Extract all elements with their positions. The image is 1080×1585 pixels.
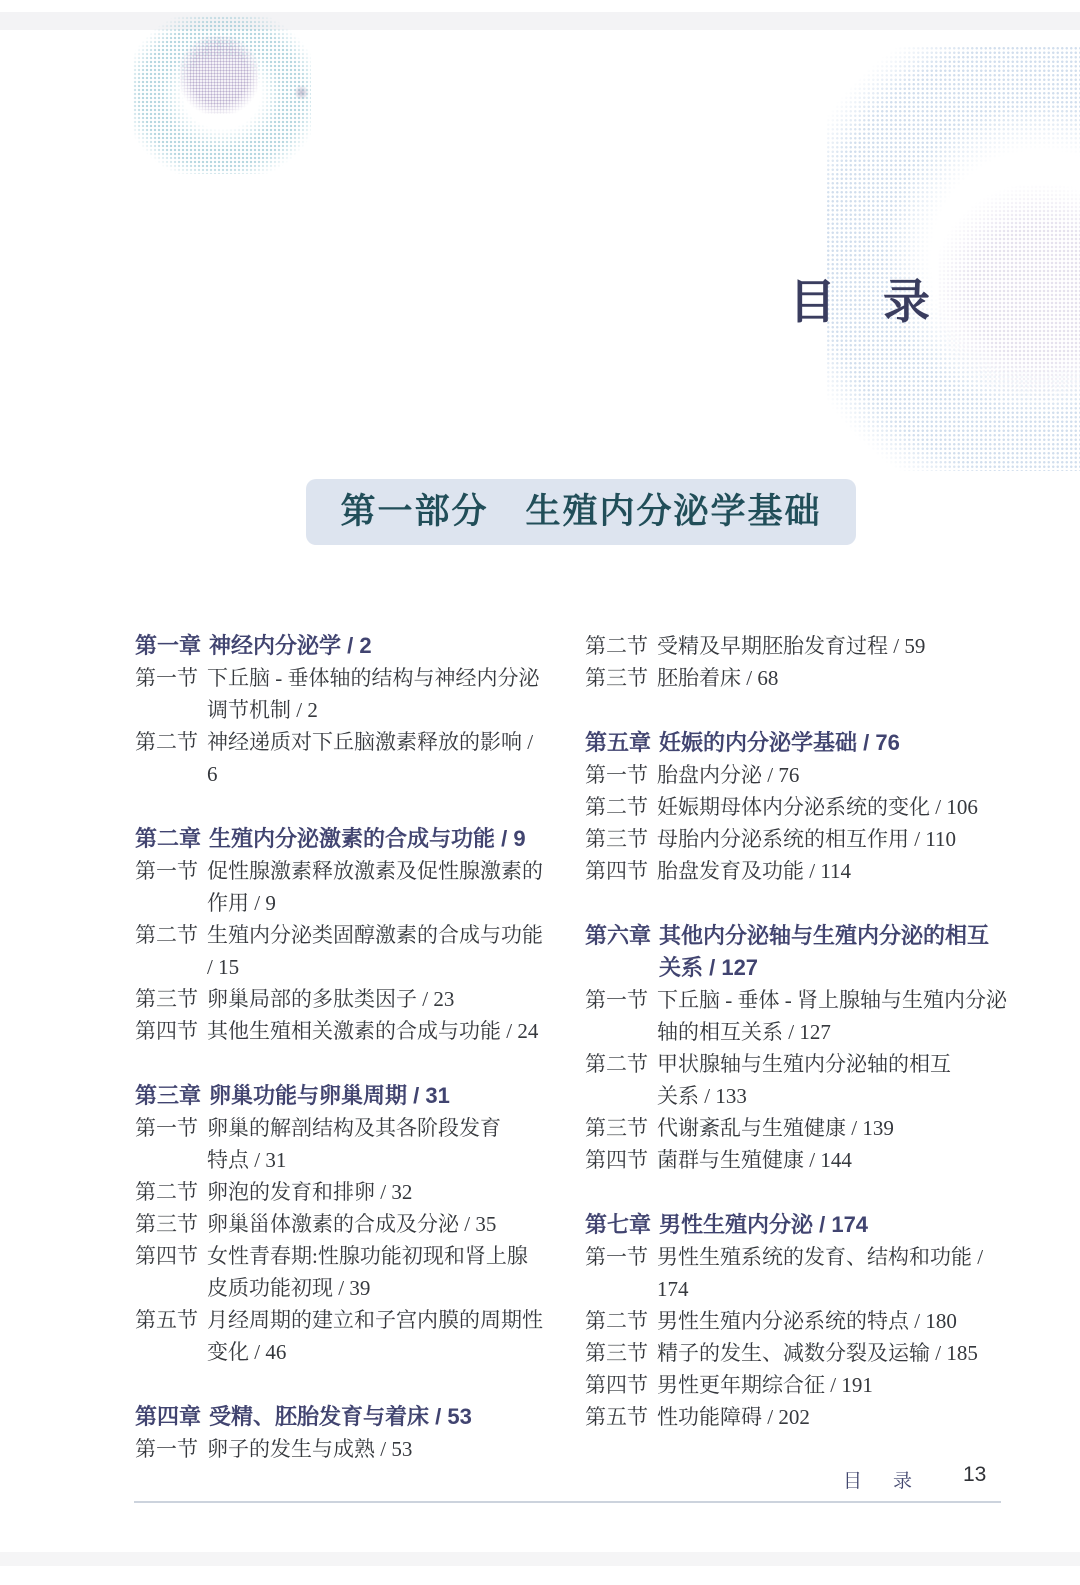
section-title: 母胎内分泌系统的相互作用 / 110 xyxy=(657,823,1011,855)
section-label: 第三节 xyxy=(585,662,657,694)
chapter-title: 男性生殖内分泌 / 174 xyxy=(659,1209,1011,1241)
chapter-heading: 第六章其他内分泌轴与生殖内分泌的相互 关系 / 127 xyxy=(585,920,1011,984)
section-label: 第三节 xyxy=(585,1337,657,1369)
section-item: 第五节月经周期的建立和子宫内膜的周期性 变化 / 46 xyxy=(135,1304,545,1368)
section-title: 促性腺激素释放激素及促性腺激素的 作用 / 9 xyxy=(207,855,545,919)
section-item: 第一节下丘脑 - 垂体 - 肾上腺轴与生殖内分泌 轴的相互关系 / 127 xyxy=(585,984,1011,1048)
section-item: 第三节精子的发生、减数分裂及运输 / 185 xyxy=(585,1337,1011,1369)
toc-page: 目 录 第一部分 生殖内分泌学基础 第一章神经内分泌学 / 2第一节下丘脑 - … xyxy=(0,0,1080,1585)
section-label: 第一节 xyxy=(585,759,657,791)
section-title: 卵巢甾体激素的合成及分泌 / 35 xyxy=(207,1208,545,1240)
section-title: 胚胎着床 / 68 xyxy=(657,662,1011,694)
table-of-contents: 第一章神经内分泌学 / 2第一节下丘脑 - 垂体轴的结构与神经内分泌 调节机制 … xyxy=(135,630,1011,1465)
section-title: 月经周期的建立和子宫内膜的周期性 变化 / 46 xyxy=(207,1304,545,1368)
chapter-title: 受精、胚胎发育与着床 / 53 xyxy=(209,1401,545,1433)
chapter-heading: 第二章生殖内分泌激素的合成与功能 / 9 xyxy=(135,823,545,855)
section-title: 卵泡的发育和排卵 / 32 xyxy=(207,1176,545,1208)
footer-running-title: 目 录 xyxy=(843,1466,918,1493)
section-label: 第一节 xyxy=(135,855,207,919)
chapter-heading: 第三章卵巢功能与卵巢周期 / 31 xyxy=(135,1080,545,1112)
section-label: 第五节 xyxy=(135,1304,207,1368)
page-edge-top xyxy=(0,12,1080,30)
section-item: 第四节男性更年期综合征 / 191 xyxy=(585,1369,1011,1401)
section-title: 菌群与生殖健康 / 144 xyxy=(657,1144,1011,1176)
section-label: 第三节 xyxy=(135,983,207,1015)
chapter-group: 第六章其他内分泌轴与生殖内分泌的相互 关系 / 127第一节下丘脑 - 垂体 -… xyxy=(585,920,1011,1176)
section-label: 第一节 xyxy=(585,1241,657,1305)
section-label: 第二节 xyxy=(135,919,207,983)
section-title: 男性生殖系统的发育、结构和功能 / 174 xyxy=(657,1241,1011,1305)
section-label: 第四节 xyxy=(135,1240,207,1304)
section-label: 第一节 xyxy=(135,1433,207,1465)
section-title: 精子的发生、减数分裂及运输 / 185 xyxy=(657,1337,1011,1369)
section-item: 第四节其他生殖相关激素的合成与功能 / 24 xyxy=(135,1015,545,1047)
section-title: 其他生殖相关激素的合成与功能 / 24 xyxy=(207,1015,545,1047)
chapter-title: 卵巢功能与卵巢周期 / 31 xyxy=(209,1080,545,1112)
section-label: 第四节 xyxy=(585,1369,657,1401)
chapter-title: 妊娠的内分泌学基础 / 76 xyxy=(659,727,1011,759)
section-label: 第四节 xyxy=(585,855,657,887)
section-title: 下丘脑 - 垂体轴的结构与神经内分泌 调节机制 / 2 xyxy=(207,662,545,726)
section-item: 第四节菌群与生殖健康 / 144 xyxy=(585,1144,1011,1176)
section-label: 第二节 xyxy=(585,630,657,662)
section-title: 男性更年期综合征 / 191 xyxy=(657,1369,1011,1401)
section-label: 第二节 xyxy=(135,726,207,790)
section-item: 第一节胎盘内分泌 / 76 xyxy=(585,759,1011,791)
chapter-label: 第二章 xyxy=(135,823,209,855)
section-item: 第三节卵巢局部的多肽类因子 / 23 xyxy=(135,983,545,1015)
chapter-label: 第三章 xyxy=(135,1080,209,1112)
section-label: 第一节 xyxy=(135,1112,207,1176)
section-title: 性功能障碍 / 202 xyxy=(657,1401,1011,1433)
chapter-group: 第三章卵巢功能与卵巢周期 / 31第一节卵巢的解剖结构及其各阶段发育 特点 / … xyxy=(135,1080,545,1368)
egg-cell-nucleus-left xyxy=(180,36,258,114)
section-item: 第一节卵子的发生与成熟 / 53 xyxy=(135,1433,545,1465)
section-item: 第二节生殖内分泌类固醇激素的合成与功能 / 15 xyxy=(135,919,545,983)
sperm-dot-illustration xyxy=(294,85,309,100)
footer-page-number: 13 xyxy=(963,1463,986,1487)
chapter-title: 生殖内分泌激素的合成与功能 / 9 xyxy=(209,823,545,855)
toc-column-right: 第二节受精及早期胚胎发育过程 / 59第三节胚胎着床 / 68第五章妊娠的内分泌… xyxy=(585,630,1011,1465)
section-title: 男性生殖内分泌系统的特点 / 180 xyxy=(657,1305,1011,1337)
section-item: 第五节性功能障碍 / 202 xyxy=(585,1401,1011,1433)
chapter-label: 第七章 xyxy=(585,1209,659,1241)
section-label: 第三节 xyxy=(585,1112,657,1144)
section-title: 女性青春期:性腺功能初现和肾上腺 皮质功能初现 / 39 xyxy=(207,1240,545,1304)
section-item: 第三节卵巢甾体激素的合成及分泌 / 35 xyxy=(135,1208,545,1240)
chapter-heading: 第五章妊娠的内分泌学基础 / 76 xyxy=(585,727,1011,759)
chapter-title: 其他内分泌轴与生殖内分泌的相互 关系 / 127 xyxy=(659,920,1011,984)
egg-cell-nucleus-right xyxy=(938,185,1080,400)
egg-cell-illustration-right xyxy=(826,46,1080,471)
chapter-heading: 第四章受精、胚胎发育与着床 / 53 xyxy=(135,1401,545,1433)
section-title: 卵子的发生与成熟 / 53 xyxy=(207,1433,545,1465)
section-label: 第二节 xyxy=(135,1176,207,1208)
section-label: 第四节 xyxy=(585,1144,657,1176)
chapter-label: 第四章 xyxy=(135,1401,209,1433)
chapter-group: 第二节受精及早期胚胎发育过程 / 59第三节胚胎着床 / 68 xyxy=(585,630,1011,694)
section-item: 第二节甲状腺轴与生殖内分泌轴的相互 关系 / 133 xyxy=(585,1048,1011,1112)
section-item: 第二节男性生殖内分泌系统的特点 / 180 xyxy=(585,1305,1011,1337)
section-item: 第三节母胎内分泌系统的相互作用 / 110 xyxy=(585,823,1011,855)
section-title: 受精及早期胚胎发育过程 / 59 xyxy=(657,630,1011,662)
chapter-label: 第六章 xyxy=(585,920,659,984)
chapter-group: 第五章妊娠的内分泌学基础 / 76第一节胎盘内分泌 / 76第二节妊娠期母体内分… xyxy=(585,727,1011,887)
section-title: 生殖内分泌类固醇激素的合成与功能 / 15 xyxy=(207,919,545,983)
section-label: 第一节 xyxy=(135,662,207,726)
section-title: 卵巢的解剖结构及其各阶段发育 特点 / 31 xyxy=(207,1112,545,1176)
section-item: 第三节胚胎着床 / 68 xyxy=(585,662,1011,694)
page-edge-bottom xyxy=(0,1552,1080,1566)
section-item: 第一节下丘脑 - 垂体轴的结构与神经内分泌 调节机制 / 2 xyxy=(135,662,545,726)
section-label: 第四节 xyxy=(135,1015,207,1047)
section-item: 第一节男性生殖系统的发育、结构和功能 / 174 xyxy=(585,1241,1011,1305)
section-item: 第二节卵泡的发育和排卵 / 32 xyxy=(135,1176,545,1208)
toc-column-left: 第一章神经内分泌学 / 2第一节下丘脑 - 垂体轴的结构与神经内分泌 调节机制 … xyxy=(135,630,545,1465)
section-title: 妊娠期母体内分泌系统的变化 / 106 xyxy=(657,791,1011,823)
section-title: 胎盘发育及功能 / 114 xyxy=(657,855,1011,887)
section-item: 第四节胎盘发育及功能 / 114 xyxy=(585,855,1011,887)
chapter-group: 第四章受精、胚胎发育与着床 / 53第一节卵子的发生与成熟 / 53 xyxy=(135,1401,545,1465)
section-label: 第五节 xyxy=(585,1401,657,1433)
section-label: 第三节 xyxy=(585,823,657,855)
section-label: 第二节 xyxy=(585,791,657,823)
chapter-title: 神经内分泌学 / 2 xyxy=(209,630,545,662)
footer-rule xyxy=(134,1501,1001,1503)
chapter-label: 第五章 xyxy=(585,727,659,759)
section-title: 甲状腺轴与生殖内分泌轴的相互 关系 / 133 xyxy=(657,1048,1011,1112)
section-title: 神经递质对下丘脑激素释放的影响 / 6 xyxy=(207,726,545,790)
egg-cell-illustration-left xyxy=(133,16,311,174)
section-title: 卵巢局部的多肽类因子 / 23 xyxy=(207,983,545,1015)
section-label: 第二节 xyxy=(585,1305,657,1337)
section-item: 第二节神经递质对下丘脑激素释放的影响 / 6 xyxy=(135,726,545,790)
section-title: 代谢紊乱与生殖健康 / 139 xyxy=(657,1112,1011,1144)
part-banner: 第一部分 生殖内分泌学基础 xyxy=(306,479,856,545)
section-item: 第四节女性青春期:性腺功能初现和肾上腺 皮质功能初现 / 39 xyxy=(135,1240,545,1304)
section-item: 第一节促性腺激素释放激素及促性腺激素的 作用 / 9 xyxy=(135,855,545,919)
section-label: 第二节 xyxy=(585,1048,657,1112)
section-label: 第一节 xyxy=(585,984,657,1048)
page-title: 目 录 xyxy=(789,278,930,325)
chapter-heading: 第一章神经内分泌学 / 2 xyxy=(135,630,545,662)
chapter-group: 第七章男性生殖内分泌 / 174第一节男性生殖系统的发育、结构和功能 / 174… xyxy=(585,1209,1011,1433)
section-label: 第三节 xyxy=(135,1208,207,1240)
section-item: 第二节妊娠期母体内分泌系统的变化 / 106 xyxy=(585,791,1011,823)
section-item: 第一节卵巢的解剖结构及其各阶段发育 特点 / 31 xyxy=(135,1112,545,1176)
chapter-group: 第一章神经内分泌学 / 2第一节下丘脑 - 垂体轴的结构与神经内分泌 调节机制 … xyxy=(135,630,545,790)
chapter-label: 第一章 xyxy=(135,630,209,662)
section-item: 第二节受精及早期胚胎发育过程 / 59 xyxy=(585,630,1011,662)
chapter-group: 第二章生殖内分泌激素的合成与功能 / 9第一节促性腺激素释放激素及促性腺激素的 … xyxy=(135,823,545,1047)
section-title: 胎盘内分泌 / 76 xyxy=(657,759,1011,791)
section-title: 下丘脑 - 垂体 - 肾上腺轴与生殖内分泌 轴的相互关系 / 127 xyxy=(657,984,1011,1048)
chapter-heading: 第七章男性生殖内分泌 / 174 xyxy=(585,1209,1011,1241)
section-item: 第三节代谢紊乱与生殖健康 / 139 xyxy=(585,1112,1011,1144)
